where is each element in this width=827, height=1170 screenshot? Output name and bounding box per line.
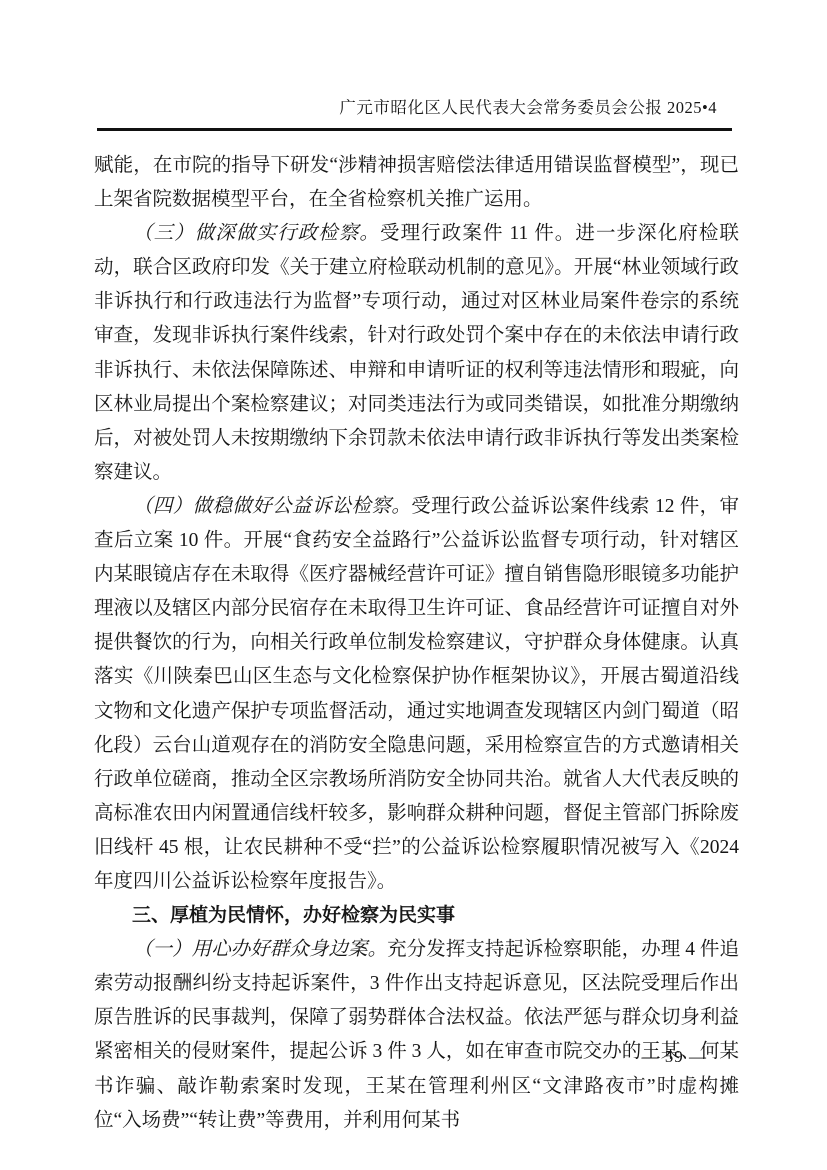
paragraph-text: 充分发挥支持起诉检察职能，办理 4 件追索劳动报酬纠纷支持起诉案件，3 件作出支… [94, 939, 739, 1130]
document-body: 赋能，在市院的指导下研发“涉精神损害赔偿法律适用错误监督模型”，现已上架省院数据… [94, 149, 739, 1138]
header-rule [97, 128, 732, 131]
page-footer: — 59 — [0, 1046, 707, 1068]
paragraph-lead: （三）做深做实行政检察。 [133, 223, 380, 244]
paragraph-section-four: （四）做稳做好公益诉讼检察。受理行政公益诉讼案件线索 12 件，审查后立案 10… [94, 490, 739, 899]
paragraph-section-one: （一）用心办好群众身边案。充分发挥支持起诉检察职能，办理 4 件追索劳动报酬纠纷… [94, 933, 739, 1138]
paragraph-lead: （四）做稳做好公益诉讼检察。 [133, 496, 411, 517]
gazette-header-title: 广元市昭化区人民代表大会常务委员会公报 2025•4 [97, 97, 717, 119]
paragraph-text: 赋能，在市院的指导下研发“涉精神损害赔偿法律适用错误监督模型”，现已上架省院数据… [94, 155, 739, 210]
paragraph-continuation: 赋能，在市院的指导下研发“涉精神损害赔偿法律适用错误监督模型”，现已上架省院数据… [94, 149, 739, 217]
paragraph-lead: （一）用心办好群众身边案。 [133, 939, 387, 960]
paragraph-text: 受理行政案件 11 件。进一步深化府检联动，联合区政府印发《关于建立府检联动机制… [94, 223, 739, 483]
page-number: — 59 — [642, 1047, 708, 1066]
paragraph-text: 受理行政公益诉讼案件线索 12 件，审查后立案 10 件。开展“食药安全益路行”… [94, 496, 739, 892]
document-page: 广元市昭化区人民代表大会常务委员会公报 2025•4 赋能，在市院的指导下研发“… [0, 0, 827, 1170]
paragraph-section-three: （三）做深做实行政检察。受理行政案件 11 件。进一步深化府检联动，联合区政府印… [94, 217, 739, 490]
section-heading: 三、厚植为民情怀，办好检察为民实事 [94, 899, 739, 933]
